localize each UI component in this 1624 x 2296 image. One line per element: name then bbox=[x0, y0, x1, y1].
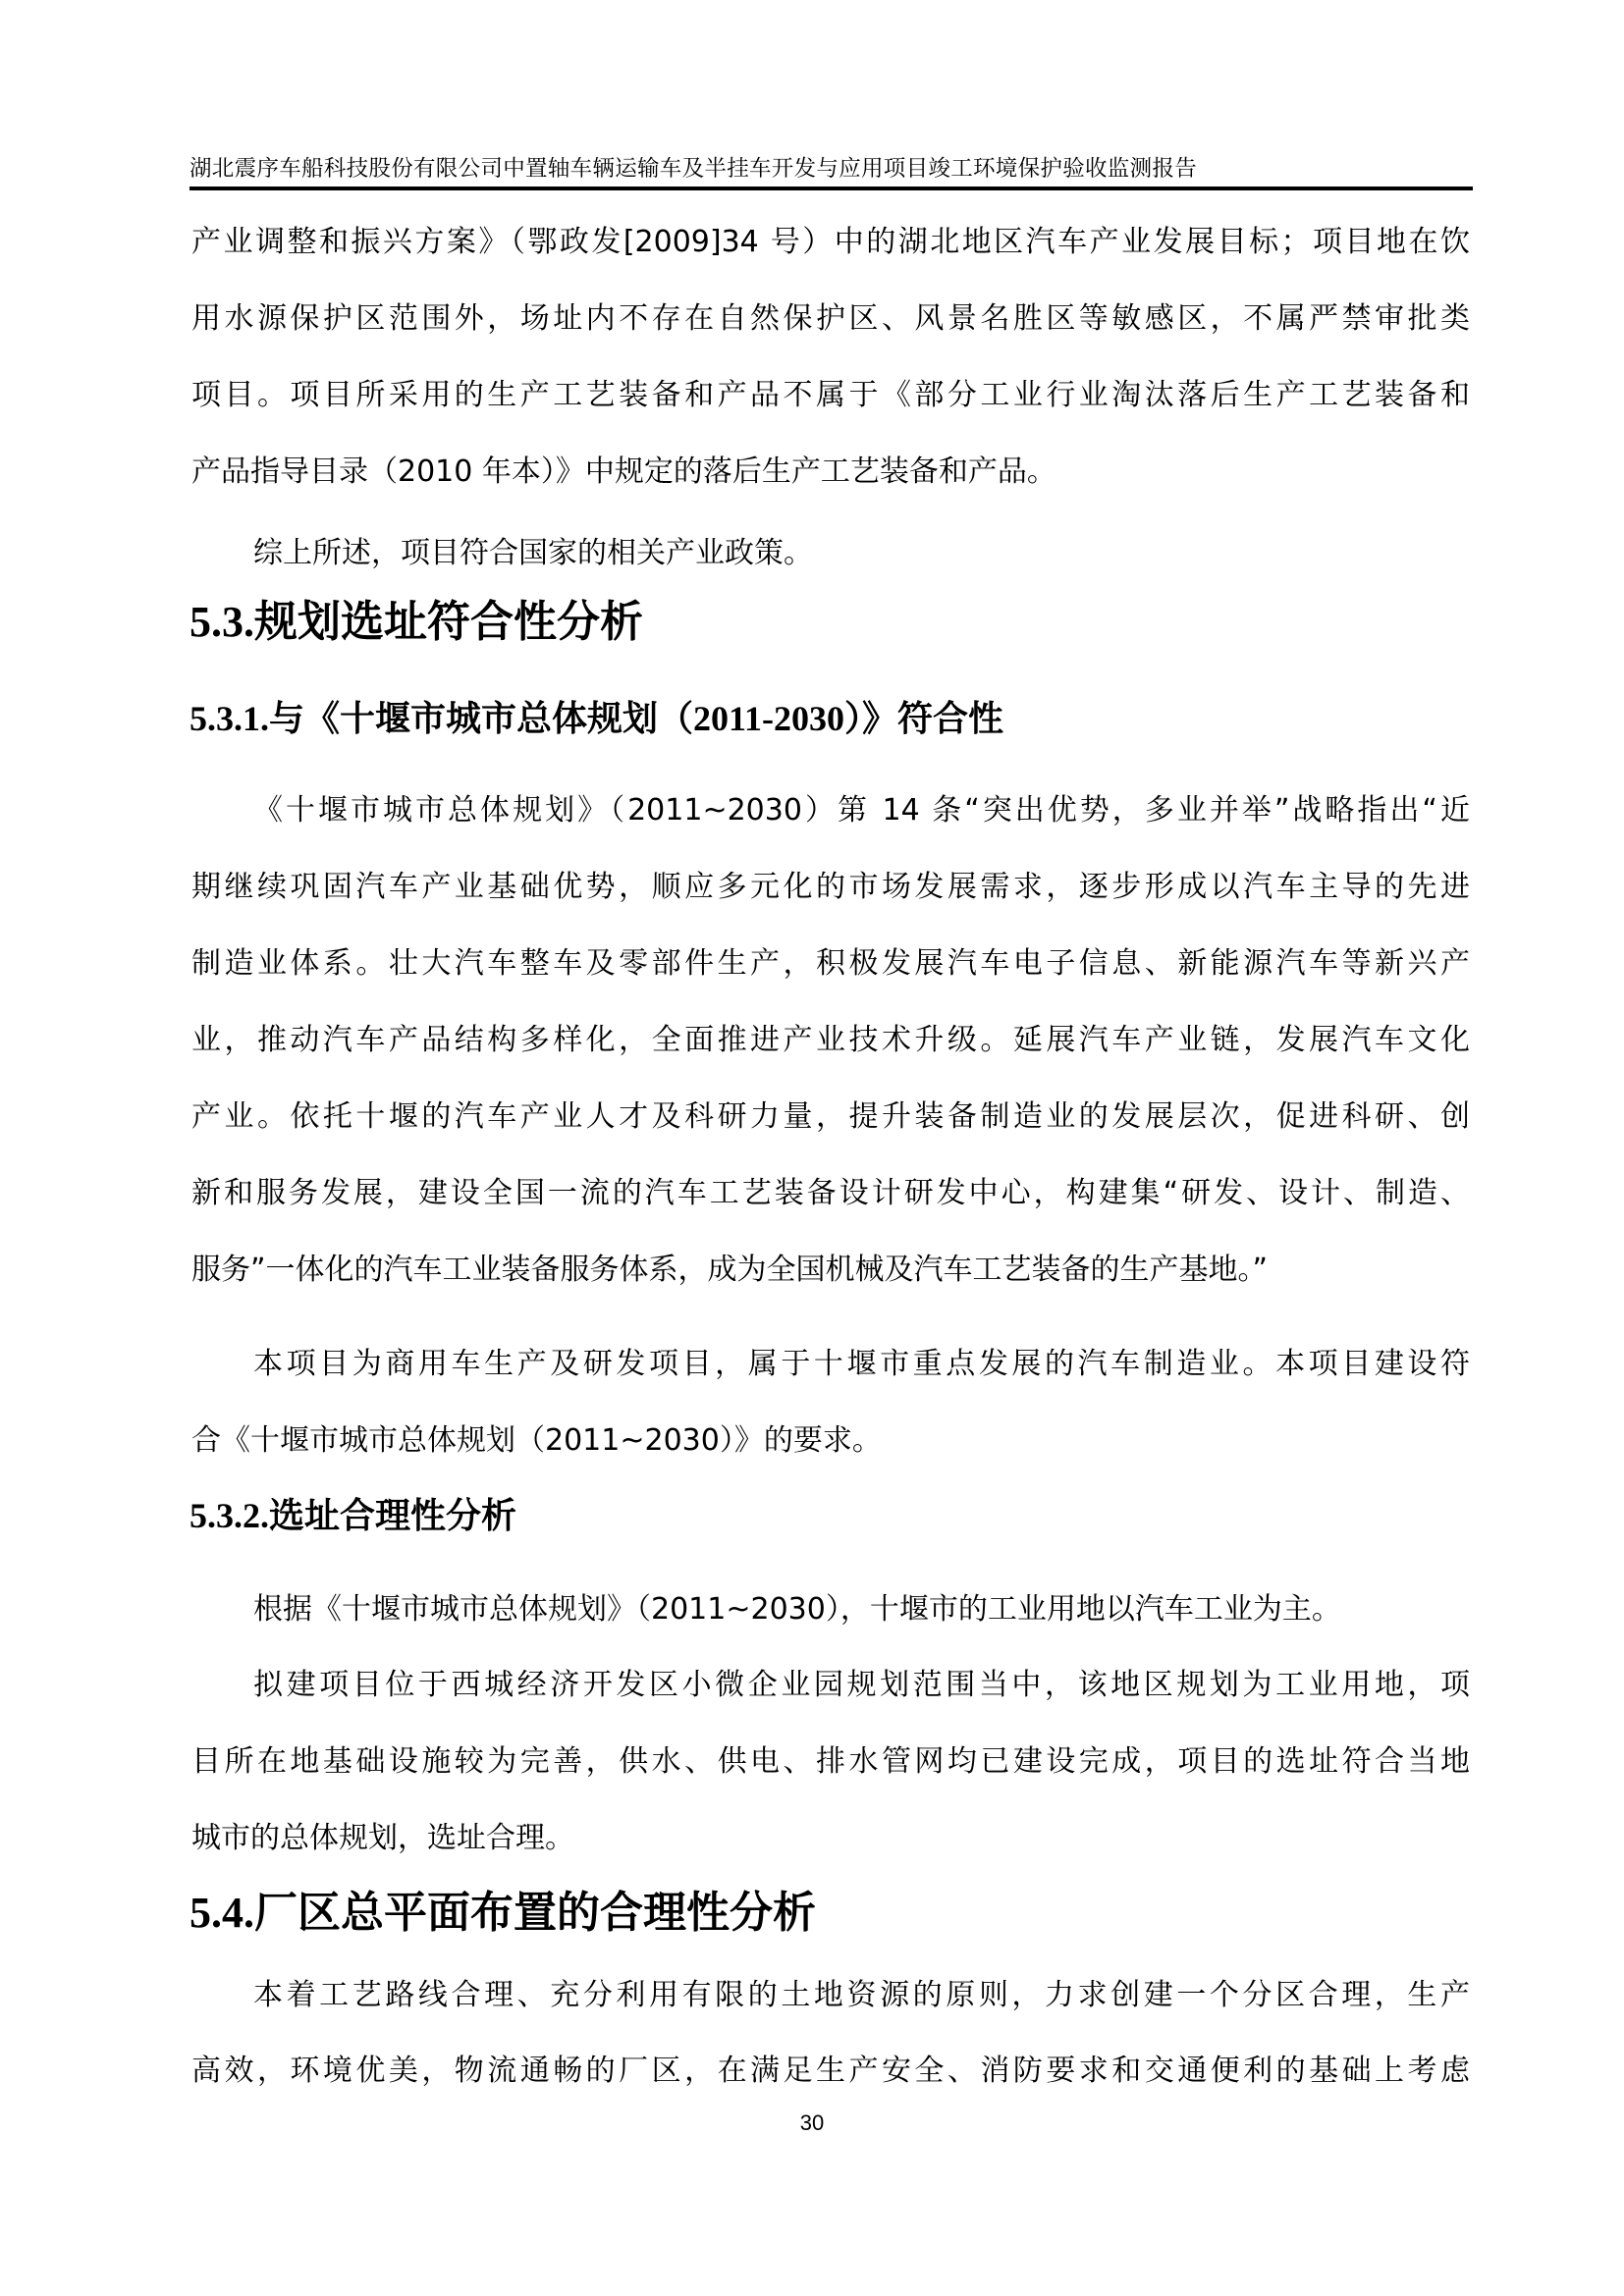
body-line: 项目。项目所采用的生产工艺装备和产品不属于《部分工业行业淘汰落后生产工艺装备和 bbox=[191, 376, 1470, 415]
body-line: 本着工艺路线合理、充分利用有限的土地资源的原则，力求创建一个分区合理，生产 bbox=[253, 1976, 1470, 2015]
section-heading-5-3-2: 5.3.2.选址合理性分析 bbox=[189, 1494, 516, 1537]
body-line: 目所在地基础设施较为完善，供水、供电、排水管网均已建设完成，项目的选址符合当地 bbox=[191, 1742, 1470, 1782]
section-heading-5-3: 5.3.规划选址符合性分析 bbox=[189, 597, 643, 648]
header-divider bbox=[189, 187, 1473, 190]
body-line: 城市的总体规划，选址合理。 bbox=[191, 1819, 1470, 1858]
section-heading-5-3-1: 5.3.1.与《十堰市城市总体规划（2011-2030）》符合性 bbox=[189, 697, 1003, 740]
body-line: 高效，环境优美，物流通畅的厂区，在满足生产安全、消防要求和交通便利的基础上考虑 bbox=[191, 2052, 1470, 2091]
body-line: 服务”一体化的汽车工业装备服务体系，成为全国机械及汽车工艺装备的生产基地。” bbox=[191, 1251, 1470, 1290]
body-line: 拟建项目位于西城经济开发区小微企业园规划范围当中，该地区规划为工业用地，项 bbox=[253, 1666, 1470, 1705]
body-line: 根据《十堰市城市总体规划》（2011~2030），十堰市的工业用地以汽车工业为主… bbox=[253, 1590, 1470, 1629]
page-number: 30 bbox=[0, 2110, 1624, 2136]
body-line: 合《十堰市城市总体规划（2011~2030）》的要求。 bbox=[191, 1421, 1470, 1461]
body-line: 制造业体系。壮大汽车整车及零部件生产，积极发展汽车电子信息、新能源汽车等新兴产 bbox=[191, 944, 1470, 984]
body-line: 业，推动汽车产品结构多样化，全面推进产业技术升级。延展汽车产业链，发展汽车文化 bbox=[191, 1021, 1470, 1060]
running-header: 湖北震序车船科技股份有限公司中置轴车辆运输车及半挂车开发与应用项目竣工环境保护验… bbox=[189, 155, 1197, 183]
body-line: 期继续巩固汽车产业基础优势，顺应多元化的市场发展需求，逐步形成以汽车主导的先进 bbox=[191, 868, 1470, 907]
section-heading-5-4: 5.4.厂区总平面布置的合理性分析 bbox=[189, 1888, 816, 1939]
body-line: 《十堰市城市总体规划》（2011~2030）第 14 条“突出优势，多业并举”战… bbox=[253, 791, 1470, 830]
body-line: 产业调整和振兴方案》（鄂政发[2009]34 号）中的湖北地区汽车产业发展目标；… bbox=[191, 223, 1470, 262]
body-line: 本项目为商用车生产及研发项目，属于十堰市重点发展的汽车制造业。本项目建设符 bbox=[253, 1345, 1470, 1384]
document-page: 湖北震序车船科技股份有限公司中置轴车辆运输车及半挂车开发与应用项目竣工环境保护验… bbox=[0, 0, 1624, 2296]
body-line: 综上所述，项目符合国家的相关产业政策。 bbox=[253, 534, 1470, 573]
body-line: 用水源保护区范围外，场址内不存在自然保护区、风景名胜区等敏感区，不属严禁审批类 bbox=[191, 299, 1470, 339]
body-line: 产业。依托十堰的汽车产业人才及科研力量，提升装备制造业的发展层次，促进科研、创 bbox=[191, 1097, 1470, 1137]
body-line: 产品指导目录（2010 年本）》中规定的落后生产工艺装备和产品。 bbox=[191, 453, 1470, 492]
body-line: 新和服务发展，建设全国一流的汽车工艺装备设计研发中心，构建集“研发、设计、制造、 bbox=[191, 1174, 1470, 1213]
